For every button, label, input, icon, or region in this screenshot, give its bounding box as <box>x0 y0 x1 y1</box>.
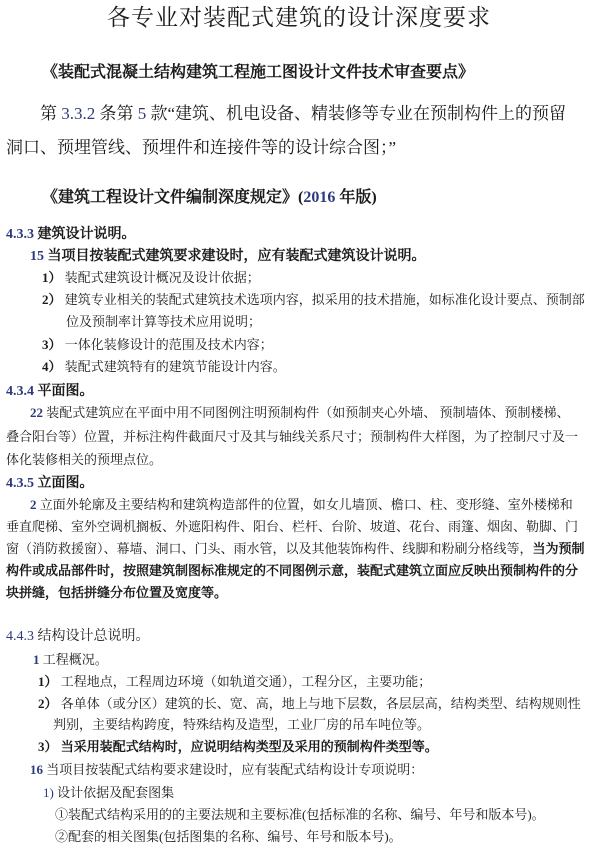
text-run: 年版) <box>335 189 376 206</box>
num-run: 4.3.3 <box>6 227 34 242</box>
item-1: 1 工程概况。 <box>33 652 108 668</box>
clause-line-2: 洞口、预埋管线、预埋件和连接件等的设计综合图；” <box>6 137 396 158</box>
item-22-cont-2: 体化装修相关的预埋点位。 <box>6 452 162 468</box>
text-run: 各单体（或分区）建筑的长、宽、高，地上与地下层数，各层层高，结构类型、结构规则性 <box>58 696 581 711</box>
item-433-2-cont: 位及预制率计算等技术应用说明； <box>66 314 261 330</box>
num-run: 1） <box>42 270 62 285</box>
num-run: 5 <box>138 104 147 123</box>
item-433-4: 4） 装配式建筑特有的建筑节能设计内容。 <box>42 359 286 375</box>
num-run: 3） <box>38 739 58 754</box>
text-run: 装配式建筑应在平面中用不同图例注明预制构件（如预制夹心外墙、 预制墙体、预制楼梯… <box>43 405 570 420</box>
item-16: 16 当项目按装配式结构要求建设时，应有装配式结构设计专项说明： <box>30 762 423 778</box>
item-443-1: 1） 工程地点，工程周边环境（如轨道交通），工程分区，主要功能； <box>38 674 431 690</box>
text-run: 结构设计总说明。 <box>34 629 150 644</box>
item-443-3: 3） 当采用装配式结构时，应说明结构类型及采用的预制构件类型等。 <box>38 739 438 755</box>
num-run: 16 <box>30 762 43 777</box>
item-2-cont-3: 构件或成品部件时，按照建筑制图标准规定的不同图例示意，装配式建筑立面应反映出预制… <box>6 563 578 579</box>
item-433-2: 2） 建筑专业相关的装配式建筑技术选项内容，拟采用的技术措施，如标准化设计要点、… <box>42 292 585 308</box>
heading-review-points: 《装配式混凝土结构建筑工程施工图设计文件技术审查要点》 <box>42 63 474 83</box>
item-16-circ-2: ②配套的相关图集(包括图集的名称、编号、年号和版本号)。 <box>55 829 402 845</box>
text-run: 当采用装配式结构时，应说明结构类型及采用的预制构件类型等。 <box>58 739 438 754</box>
item-433-1: 1） 装配式建筑设计概况及设计依据； <box>42 270 260 286</box>
item-16-sub-1: 1) 设计依据及配套图集 <box>43 785 174 801</box>
text-run: 款“建筑、机电设备、精装修等专业在预制构件上的预留 <box>146 104 566 123</box>
num-run: 15 <box>30 249 44 264</box>
item-2-cont-2: 窗（消防救援窗）、幕墙、洞口、门头、雨水管，以及其他装饰构件、线脚和粉刷分格线等… <box>6 541 585 557</box>
text-run: 装配式建筑特有的建筑节能设计内容。 <box>62 359 286 374</box>
sec-443-title: 4.4.3 结构设计总说明。 <box>6 628 150 646</box>
text-run: 条第 <box>95 104 138 123</box>
text-run: 平面图。 <box>34 384 94 399</box>
item-22-cont-1: 叠合阳台等）位置，并标注构件截面尺寸及其与轴线关系尺寸；预制构件大样图，为了控制… <box>6 429 578 445</box>
text-run: 《建筑工程设计文件编制深度规定》( <box>42 189 303 206</box>
item-433-3: 3） 一体化装修设计的范围及技术内容； <box>42 337 273 353</box>
text-run: 建筑设计说明。 <box>34 227 136 242</box>
num-run: 2） <box>38 696 58 711</box>
doc-title: 各专业对装配式建筑的设计深度要求 <box>0 4 598 33</box>
item-443-2: 2） 各单体（或分区）建筑的长、宽、高，地上与地下层数，各层层高，结构类型、结构… <box>38 696 581 712</box>
num-run: 3.3.2 <box>61 104 95 123</box>
sec-434-title: 4.3.4 平面图。 <box>6 383 94 401</box>
num-run: 4.3.4 <box>6 384 34 399</box>
item-15: 15 当项目按装配式建筑要求建设时，应有装配式建筑设计说明。 <box>30 248 426 266</box>
text-run: 设计依据及配套图集 <box>54 785 174 800</box>
sec-435-title: 4.3.5 立面图。 <box>6 475 94 493</box>
item-443-2-cont: 判别，主要结构跨度，特殊结构及造型，工业厂房的吊车吨位等。 <box>53 717 430 733</box>
text-run: 立面图。 <box>34 476 94 491</box>
item-2-cont-1: 垂直爬梯、室外空调机搁板、外遮阳构件、阳台、栏杆、台阶、坡道、花台、雨篷、烟囱、… <box>6 519 578 535</box>
item-2: 2 立面外轮廓及主要结构和建筑构造部件的位置，如女儿墙顶、檐口、柱、变形缝、室外… <box>30 497 573 513</box>
text-run: 工程概况。 <box>40 652 108 667</box>
text-run: 装配式建筑设计概况及设计依据； <box>62 270 260 285</box>
text-run: 当项目按装配式建筑要求建设时，应有装配式建筑设计说明。 <box>44 249 426 264</box>
num-run: 2016 <box>303 189 335 206</box>
text-run: 工程地点，工程周边环境（如轨道交通），工程分区，主要功能； <box>58 674 432 689</box>
document-page: 各专业对装配式建筑的设计深度要求 《装配式混凝土结构建筑工程施工图设计文件技术审… <box>0 0 598 849</box>
clause-line-1: 第 3.3.2 条第 5 款“建筑、机电设备、精装修等专业在预制构件上的预留 <box>40 103 566 124</box>
text-run: 一体化装修设计的范围及技术内容； <box>62 337 273 352</box>
text-run: 建筑专业相关的装配式建筑技术选项内容，拟采用的技术措施，如标准化设计要点、预制部 <box>62 292 585 307</box>
num-run: 4.3.5 <box>6 476 34 491</box>
sec-433-title: 4.3.3 建筑设计说明。 <box>6 226 136 244</box>
num-run: 4.4.3 <box>6 629 34 644</box>
text-run: 立面外轮廓及主要结构和建筑构造部件的位置，如女儿墙顶、檐口、柱、变形缝、室外楼梯… <box>37 497 573 512</box>
num-run: 1） <box>38 674 58 689</box>
heading-depth-regulation: 《建筑工程设计文件编制深度规定》(2016 年版) <box>42 188 377 208</box>
num-run: 22 <box>30 405 43 420</box>
item-22: 22 装配式建筑应在平面中用不同图例注明预制构件（如预制夹心外墙、 预制墙体、预… <box>30 405 570 421</box>
item-2-cont-4: 块拼缝，包括拼缝分布位置及宽度等。 <box>6 585 227 601</box>
num-run: 3） <box>42 337 62 352</box>
num-run: 4） <box>42 359 62 374</box>
num-run: 2） <box>42 292 62 307</box>
item-16-circ-1: ①装配式结构采用的的主要法规和主要标准(包括标准的名称、编号、年号和版本号)。 <box>55 807 545 823</box>
text-run-bold: 当为预制 <box>533 541 585 556</box>
text-run: 第 <box>40 104 61 123</box>
num-run: 1) <box>43 785 54 800</box>
text-run: 当项目按装配式结构要求建设时，应有装配式结构设计专项说明： <box>43 762 423 777</box>
text-run: 窗（消防救援窗）、幕墙、洞口、门头、雨水管，以及其他装饰构件、线脚和粉刷分格线等… <box>6 541 533 556</box>
